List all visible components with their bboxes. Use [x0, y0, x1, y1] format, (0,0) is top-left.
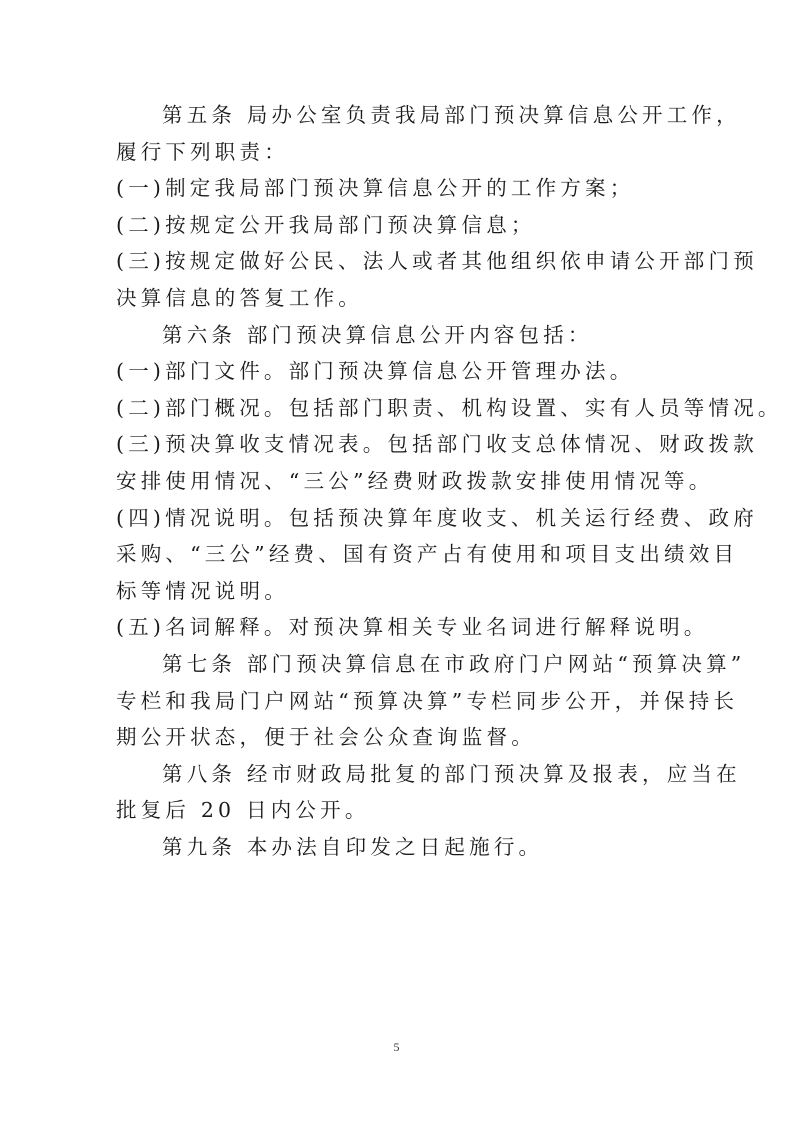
article-8-heading-line: 第八条 经市财政局批复的部门预决算及报表，应当在 [116, 756, 694, 793]
article-7-heading-line: 第七条 部门预决算信息在市政府门户网站“预算决算” [116, 646, 694, 683]
page-number: 5 [0, 1040, 793, 1055]
article-6-item-3-continuation: 安排使用情况、“三公”经费财政拨款安排使用情况等。 [116, 463, 694, 500]
article-6-item-2: (二)部门概况。包括部门职责、机构设置、实有人员等情况。 [116, 390, 694, 427]
article-5-item-3-continuation: 决算信息的答复工作。 [116, 280, 694, 317]
article-5-item-1: (一)制定我局部门预决算信息公开的工作方案； [116, 170, 694, 207]
article-5-continuation-line: 履行下列职责： [116, 134, 694, 171]
article-6-item-4-continuation-2: 标等情况说明。 [116, 573, 694, 610]
article-7-continuation-line: 专栏和我局门户网站“预算决算”专栏同步公开，并保持长 [116, 683, 694, 720]
document-body: 第五条 局办公室负责我局部门预决算信息公开工作， 履行下列职责： (一)制定我局… [116, 97, 694, 865]
article-6-item-4: (四)情况说明。包括预决算年度收支、机关运行经费、政府 [116, 500, 694, 537]
article-5-item-2: (二)按规定公开我局部门预决算信息； [116, 207, 694, 244]
article-5-item-3: (三)按规定做好公民、法人或者其他组织依申请公开部门预 [116, 243, 694, 280]
article-5-heading-line: 第五条 局办公室负责我局部门预决算信息公开工作， [116, 97, 694, 134]
article-6-item-4-continuation: 采购、“三公”经费、国有资产占有使用和项目支出绩效目 [116, 536, 694, 573]
article-6-heading-line: 第六条 部门预决算信息公开内容包括： [116, 317, 694, 354]
article-7-continuation-line-2: 期公开状态，便于社会公众查询监督。 [116, 719, 694, 756]
article-8-continuation-line: 批复后 20 日内公开。 [116, 792, 694, 829]
article-9-heading-line: 第九条 本办法自印发之日起施行。 [116, 829, 694, 866]
article-6-item-1: (一)部门文件。部门预决算信息公开管理办法。 [116, 353, 694, 390]
article-6-item-5: (五)名词解释。对预决算相关专业名词进行解释说明。 [116, 609, 694, 646]
article-6-item-3: (三)预决算收支情况表。包括部门收支总体情况、财政拨款 [116, 426, 694, 463]
